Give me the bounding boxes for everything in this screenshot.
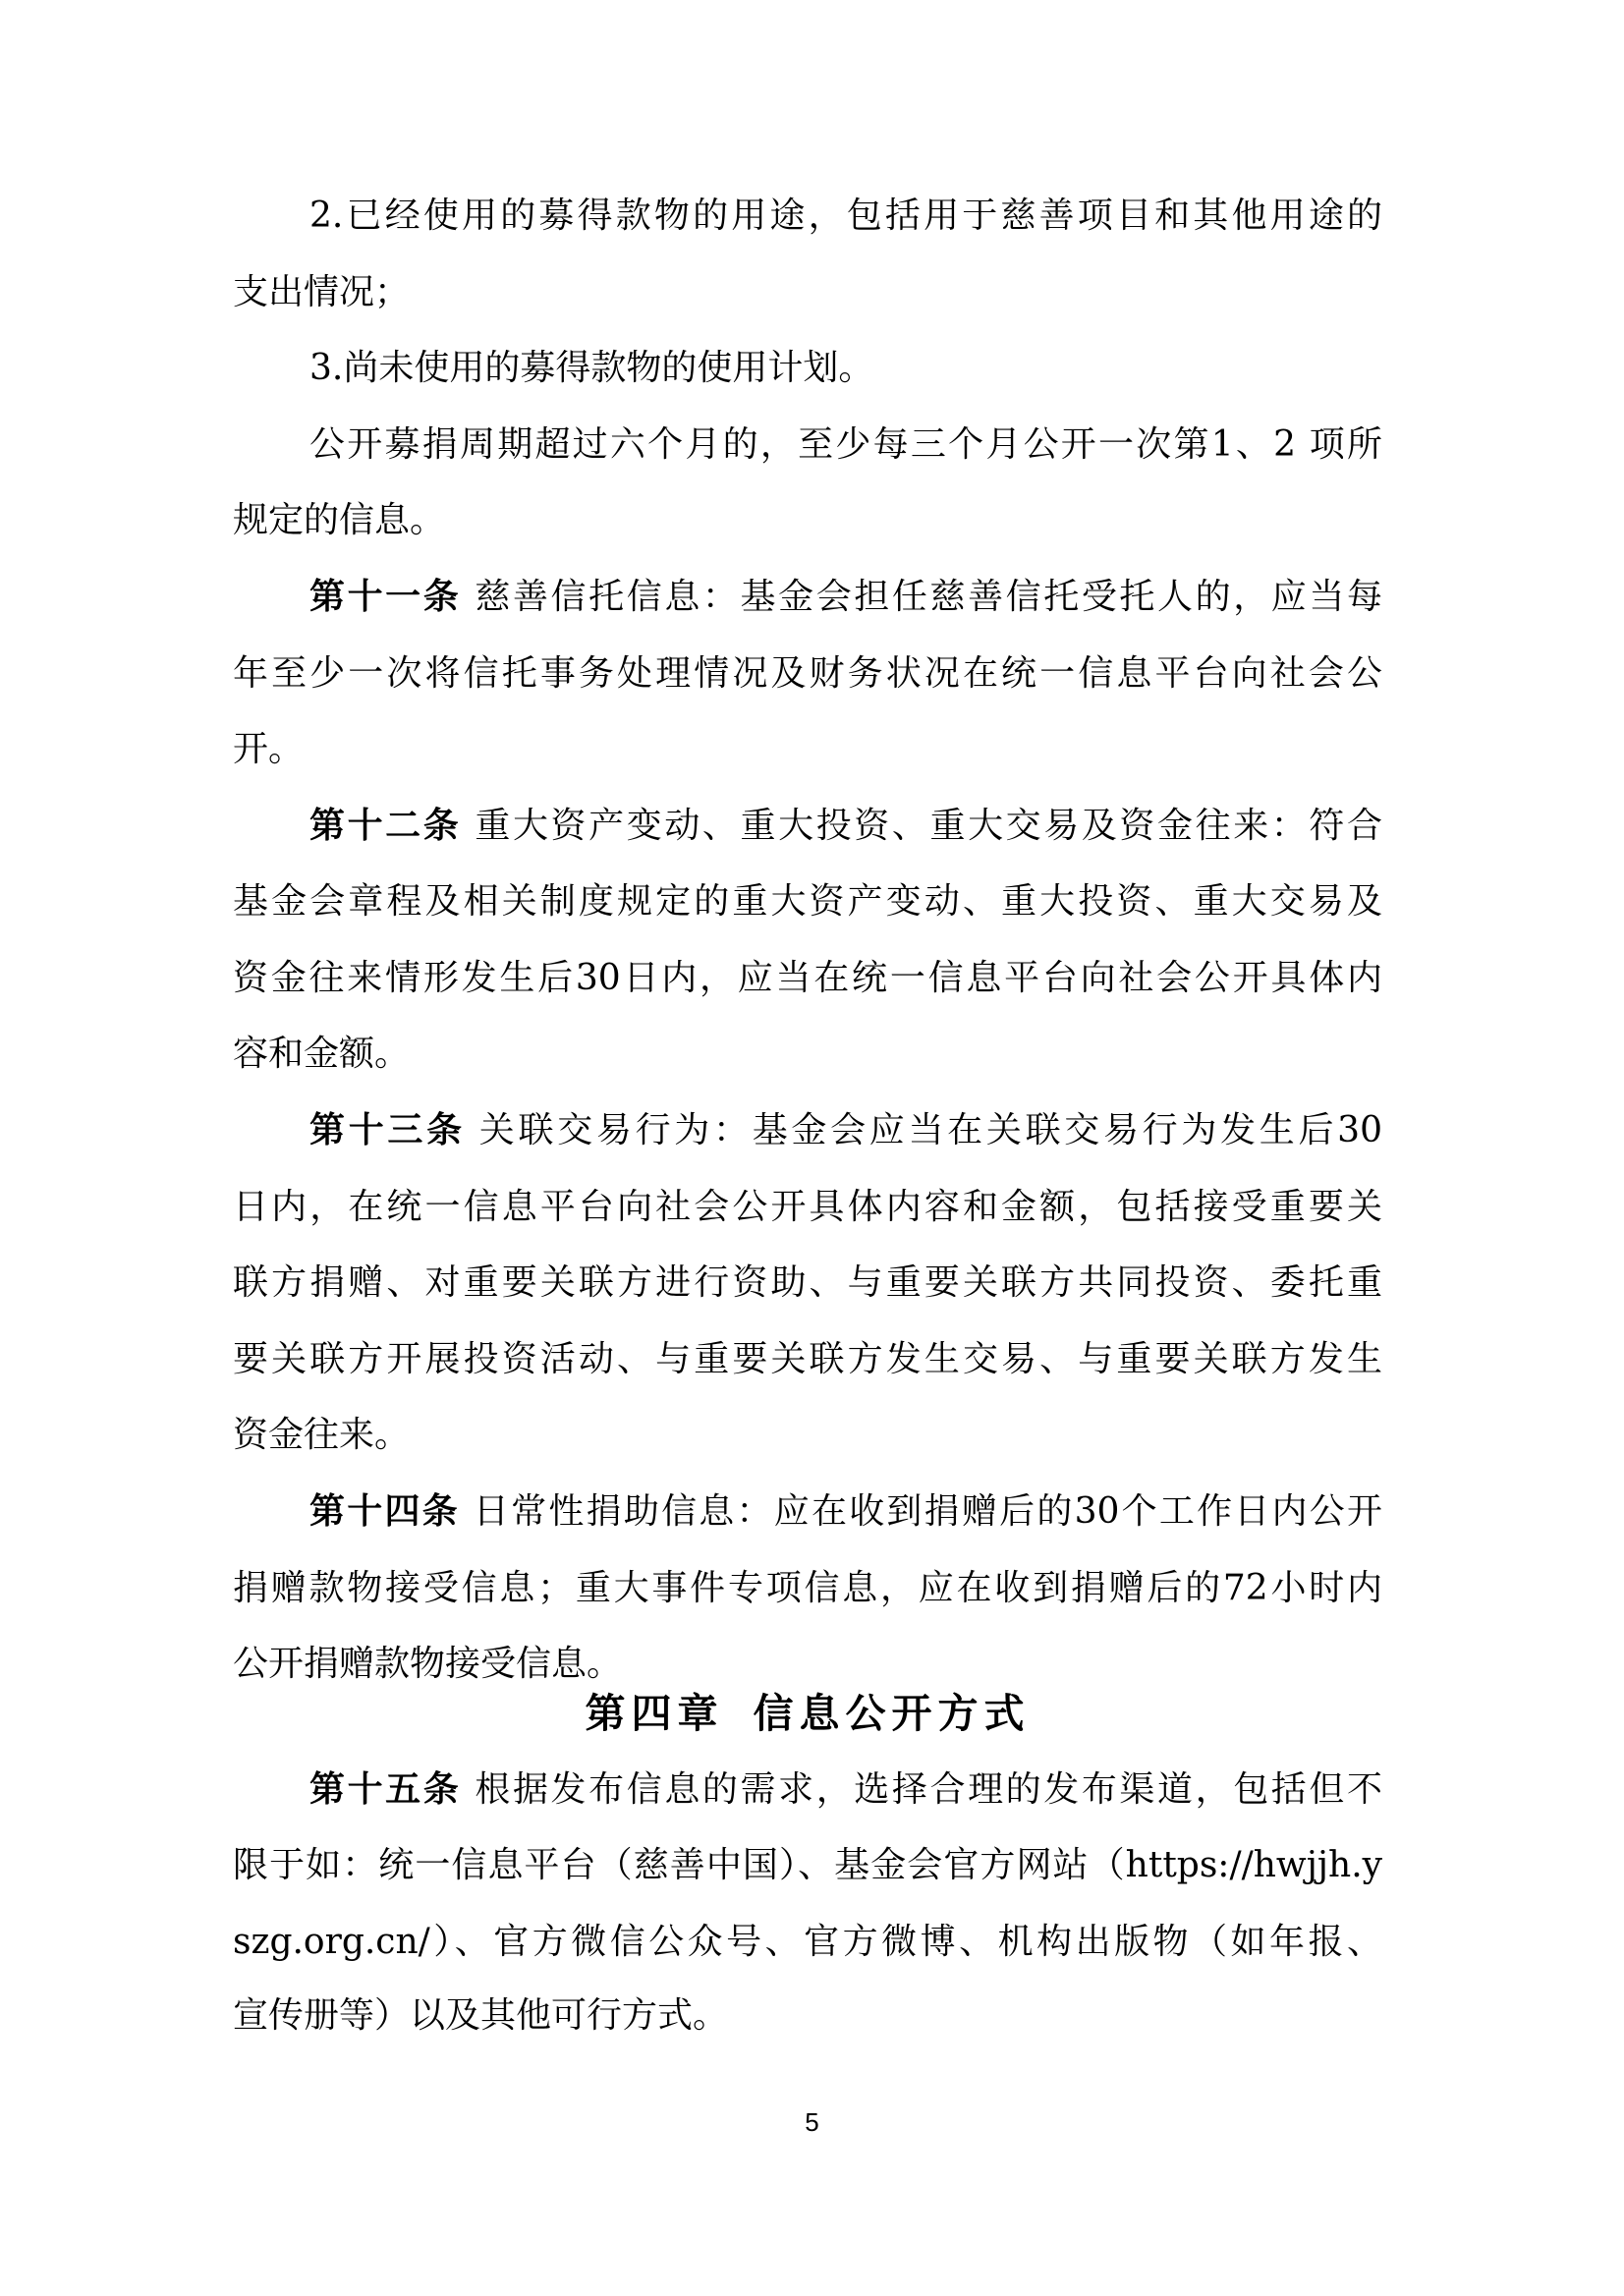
- article-13-line-3: 联方捐赠、对重要关联方进行资助、与重要关联方共同投资、委托重: [233, 1263, 1382, 1303]
- article-13-line-4: 要关联方开展投资活动、与重要关联方发生交易、与重要关联方发生: [233, 1340, 1382, 1379]
- article-11-line-3: 开。: [233, 730, 1382, 769]
- article-12-line-3: 资金往来情形发生后30日内，应当在统一信息平台向社会公开具体内: [233, 959, 1382, 998]
- page-number: 5: [0, 2107, 1624, 2138]
- article-14-label: 第十四条: [309, 1491, 460, 1532]
- article-15-line-4: 宣传册等）以及其他可行方式。: [233, 1996, 1382, 2036]
- article-15-line-3: szg.org.cn/）、官方微信公众号、官方微博、机构出版物（如年报、: [233, 1923, 1382, 1962]
- article-12-text: 重大资产变动、重大投资、重大交易及资金往来：符合: [475, 806, 1382, 846]
- article-11-line-2: 年至少一次将信托事务处理情况及财务状况在统一信息平台向社会公: [233, 654, 1382, 694]
- article-14-line-3: 公开捐赠款物接受信息。: [233, 1645, 1382, 1684]
- article-12-label: 第十二条: [309, 806, 461, 846]
- article-14-line-2: 捐赠款物接受信息；重大事件专项信息，应在收到捐赠后的72小时内: [233, 1569, 1382, 1608]
- article-12-line-2: 基金会章程及相关制度规定的重大资产变动、重大投资、重大交易及: [233, 882, 1382, 922]
- article-15-line-2: 限于如：统一信息平台（慈善中国）、基金会官方网站（https://hwjjh.y: [233, 1846, 1382, 1885]
- chapter-title: 信息公开方式: [754, 1690, 1031, 1737]
- article-14-line-1: 第十四条日常性捐助信息：应在收到捐赠后的30个工作日内公开: [309, 1492, 1382, 1532]
- article-13-line-1: 第十三条关联交易行为：基金会应当在关联交易行为发生后30: [309, 1111, 1382, 1150]
- article-15-label: 第十五条: [309, 1769, 461, 1810]
- list-item-2-line-2: 支出情况；: [233, 273, 1382, 312]
- article-12-line-4: 容和金额。: [233, 1035, 1382, 1074]
- paragraph-line-1: 公开募捐周期超过六个月的，至少每三个月公开一次第1、2 项所: [309, 425, 1382, 465]
- paragraph-line-2: 规定的信息。: [233, 501, 1382, 540]
- article-13-text: 关联交易行为：基金会应当在关联交易行为发生后30: [479, 1110, 1382, 1150]
- article-13-line-2: 日内，在统一信息平台向社会公开具体内容和金额，包括接受重要关: [233, 1188, 1382, 1227]
- list-item-3-line-1: 3.尚未使用的募得款物的使用计划。: [309, 349, 1382, 388]
- article-14-text: 日常性捐助信息：应在收到捐赠后的30个工作日内公开: [474, 1491, 1382, 1532]
- article-15-line-1: 第十五条根据发布信息的需求，选择合理的发布渠道，包括但不: [309, 1770, 1382, 1810]
- article-11-label: 第十一条: [309, 577, 461, 617]
- article-11-line-1: 第十一条慈善信托信息：基金会担任慈善信托受托人的，应当每: [309, 578, 1382, 617]
- article-13-label: 第十三条: [309, 1110, 466, 1150]
- chapter-heading: 第四章信息公开方式: [233, 1690, 1382, 1737]
- article-12-line-1: 第十二条重大资产变动、重大投资、重大交易及资金往来：符合: [309, 807, 1382, 846]
- chapter-number: 第四章: [586, 1690, 724, 1737]
- list-item-2-line-1: 2.已经使用的募得款物的用途，包括用于慈善项目和其他用途的: [309, 196, 1382, 236]
- article-13-line-5: 资金往来。: [233, 1416, 1382, 1455]
- article-11-text: 慈善信托信息：基金会担任慈善信托受托人的，应当每: [475, 577, 1382, 617]
- article-15-text: 根据发布信息的需求，选择合理的发布渠道，包括但不: [475, 1769, 1382, 1810]
- document-page: 2.已经使用的募得款物的用途，包括用于慈善项目和其他用途的 支出情况； 3.尚未…: [0, 0, 1624, 2296]
